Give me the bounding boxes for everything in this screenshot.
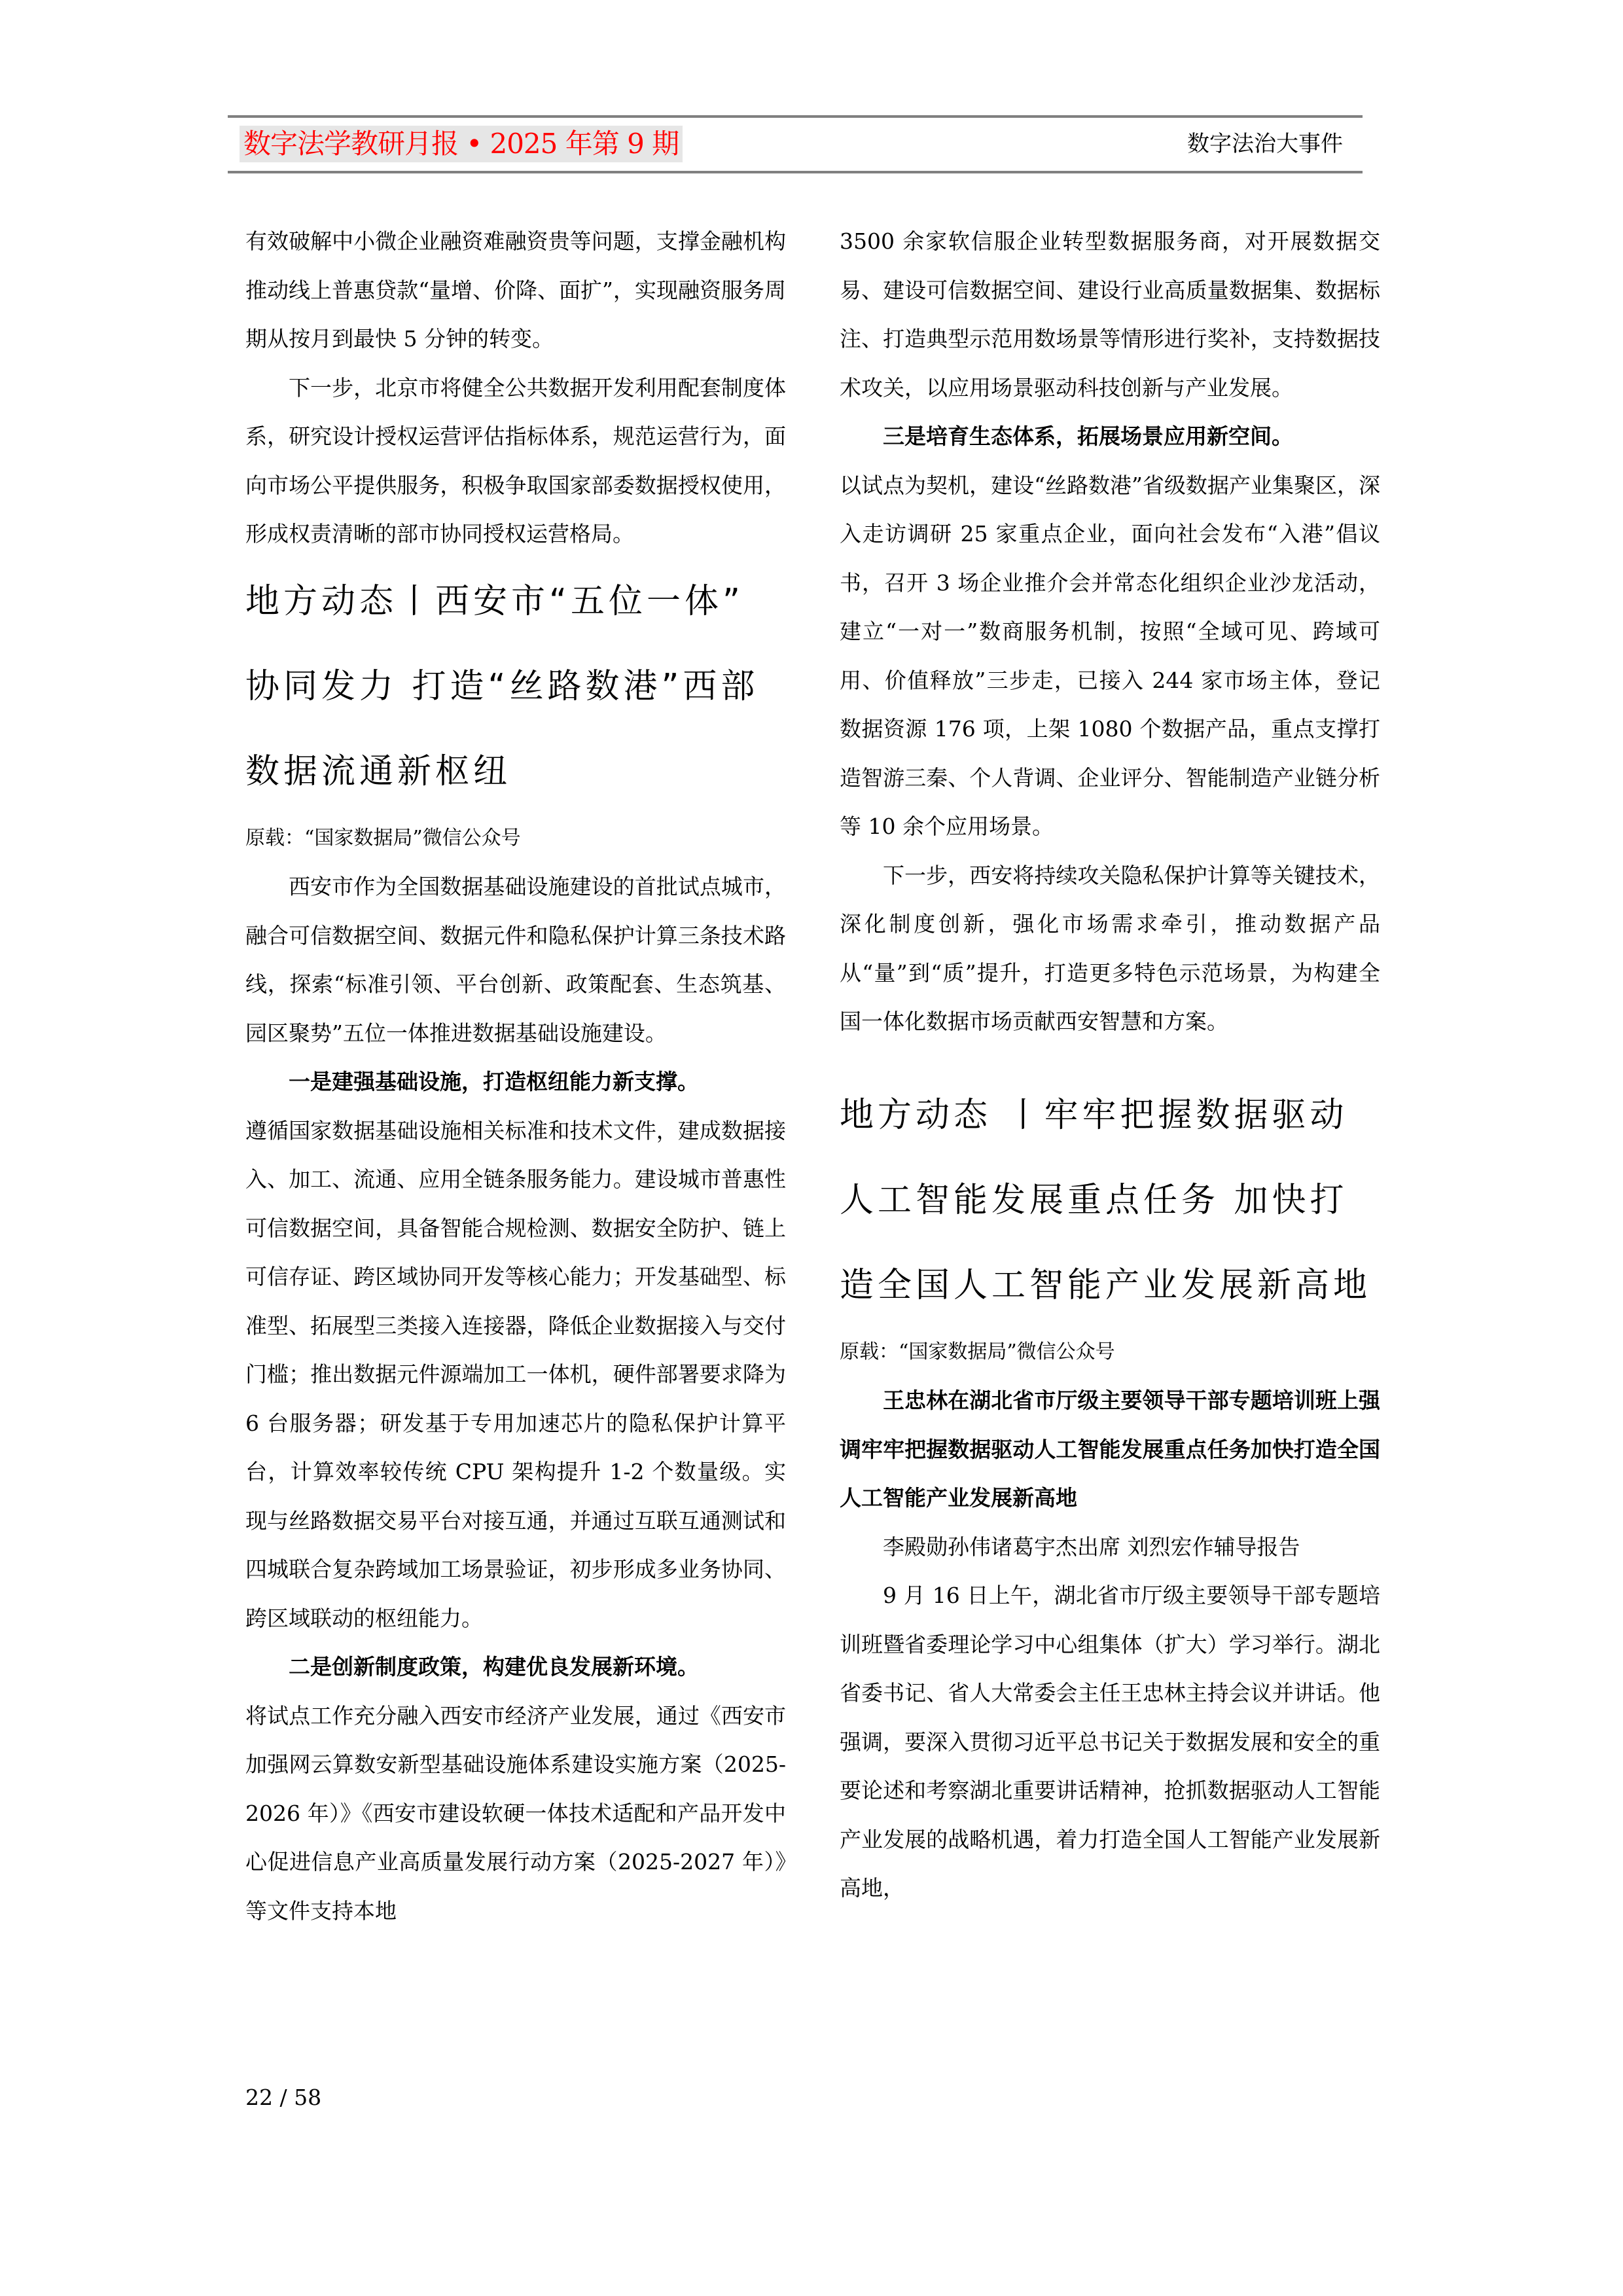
article-headline: 地方动态丨西安市“五位一体” 协同发力 打造“丝路数港”西部 数据流通新枢纽 [245, 559, 786, 814]
paragraph: 有效破解中小微企业融资难融资贵等问题，支撑金融机构推动线上普惠贷款“量增、价降、… [245, 217, 786, 364]
paragraph: 以试点为契机，建设“丝路数港”省级数据产业集聚区，深入走访调研 25 家重点企业… [840, 461, 1380, 852]
headline-line: 地方动态丨西安市“五位一体” [245, 559, 786, 644]
headline-line: 协同发力 打造“丝路数港”西部 [245, 644, 786, 729]
article-hubei: 地方动态 丨牢牢把握数据驱动 人工智能发展重点任务 加快打 造全国人工智能产业发… [840, 1073, 1380, 1913]
article-subtitle: 王忠林在湖北省市厅级主要领导干部专题培训班上强调牢牢把握数据驱动人工智能发展重点… [840, 1376, 1380, 1523]
header-bottom-rule [228, 171, 1363, 173]
header-top-rule [228, 115, 1363, 118]
paragraph: 下一步，北京市将健全公共数据开发利用配套制度体系，研究设计授权运营评估指标体系，… [245, 364, 786, 559]
headline-line: 造全国人工智能产业发展新高地 [840, 1243, 1380, 1328]
article-xian: 地方动态丨西安市“五位一体” 协同发力 打造“丝路数港”西部 数据流通新枢纽 原… [245, 559, 786, 1936]
paragraph: 遵循国家数据基础设施相关标准和技术文件，建成数据接入、加工、流通、应用全链条服务… [245, 1107, 786, 1643]
article-source: 原载：“国家数据局”微信公众号 [245, 814, 786, 863]
point-heading: 三是培育生态体系，拓展场景应用新空间。 [840, 412, 1380, 461]
paragraph: 西安市作为全国数据基础设施建设的首批试点城市，融合可信数据空间、数据元件和隐私保… [245, 863, 786, 1058]
headline-line: 数据流通新枢纽 [245, 729, 786, 814]
article-headline: 地方动态 丨牢牢把握数据驱动 人工智能发展重点任务 加快打 造全国人工智能产业发… [840, 1073, 1380, 1328]
paragraph: 3500 余家软信服企业转型数据服务商，对开展数据交易、建设可信数据空间、建设行… [840, 217, 1380, 412]
page-number: 22 / 58 [245, 2081, 321, 2114]
left-column: 有效破解中小微企业融资难融资贵等问题，支撑金融机构推动线上普惠贷款“量增、价降、… [245, 217, 786, 1935]
headline-line: 地方动态 丨牢牢把握数据驱动 [840, 1073, 1380, 1158]
journal-title: 数字法学教研月报 • 2025 年第 9 期 [240, 126, 683, 162]
attendees-line: 李殿勋孙伟诸葛宇杰出席 刘烈宏作辅导报告 [840, 1523, 1380, 1572]
paragraph: 9 月 16 日上午，湖北省市厅级主要领导干部专题培训班暨省委理论学习中心组集体… [840, 1571, 1380, 1913]
article-source: 原载：“国家数据局”微信公众号 [840, 1328, 1380, 1377]
spacer [840, 1047, 1380, 1073]
paragraph: 下一步，西安将持续攻关隐私保护计算等关键技术，深化制度创新，强化市场需求牵引，推… [840, 852, 1380, 1047]
point-heading: 一是建强基础设施，打造枢纽能力新支撑。 [245, 1058, 786, 1107]
section-title: 数字法治大事件 [1187, 128, 1343, 160]
paragraph: 将试点工作充分融入西安市经济产业发展，通过《西安市加强网云算数安新型基础设施体系… [245, 1692, 786, 1936]
point-heading: 二是创新制度政策，构建优良发展新环境。 [245, 1643, 786, 1692]
headline-line: 人工智能发展重点任务 加快打 [840, 1158, 1380, 1243]
right-column: 3500 余家软信服企业转型数据服务商，对开展数据交易、建设可信数据空间、建设行… [840, 217, 1380, 1913]
